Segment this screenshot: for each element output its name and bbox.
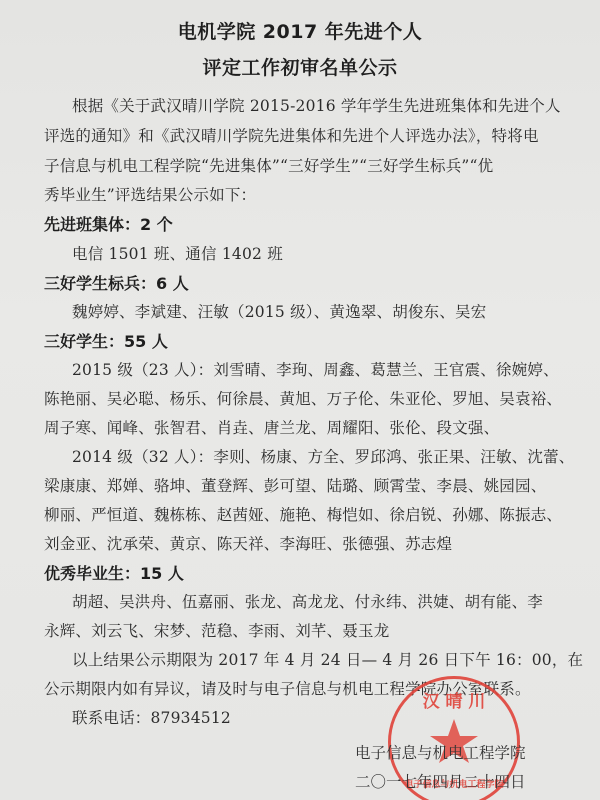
intro-line-1: 根据《关于武汉晴川学院 2015-2016 学年学生先进班集体和先进个人 — [72, 94, 561, 116]
document-title-line2: 评定工作初审名单公示 — [0, 53, 600, 80]
signature-date: 二〇一七年四月二十四日 — [355, 770, 526, 792]
intro-line-3: 子信息与机电工程学院“先进集体”“三好学生”“三好学生标兵”“优 — [44, 154, 493, 176]
section-heading-merit-students: 三好学生：55 人 — [44, 329, 168, 352]
graduates-line-1: 胡超、吴洪舟、伍嘉丽、张龙、高龙龙、付永纬、洪婕、胡有能、李 — [72, 590, 543, 612]
section-heading-outstanding-graduates: 优秀毕业生：15 人 — [44, 561, 184, 584]
contact-phone: 联系电话：87934512 — [72, 706, 231, 728]
signature-organization: 电子信息与机电工程学院 — [355, 741, 526, 763]
advanced-class-list: 电信 1501 班、通信 1402 班 — [72, 242, 283, 264]
merit-2014-line-3: 柳丽、严恒道、魏栋栋、赵茜娅、施艳、梅恺如、徐启锐、孙娜、陈振志、 — [44, 503, 562, 525]
merit-2015-line-1: 2015 级（23 人）：刘雪晴、李珣、周鑫、葛慧兰、王官震、徐婉婷、 — [72, 358, 559, 380]
model-students-list: 魏婷婷、李斌建、汪敏（2015 级）、黄逸翠、胡俊东、吴宏 — [72, 300, 486, 322]
merit-2014-line-1: 2014 级（32 人）：李则、杨康、方全、罗邱鸿、张正果、汪敏、沈蕾、 — [72, 445, 574, 467]
merit-2015-line-2: 陈艳丽、吴必聪、杨乐、何徐晨、黄旭、万子伦、朱亚伦、罗旭、吴袁裕、 — [44, 387, 562, 409]
notice-line-1: 以上结果公示期限为 2017 年 4 月 24 日— 4 月 26 日下午 16… — [72, 648, 583, 670]
merit-2014-line-4: 刘金亚、沈承荣、黄京、陈天祥、李海旺、张德强、苏志煌 — [44, 532, 452, 554]
merit-2014-line-2: 梁康康、郑婵、骆坤、董登辉、彭可望、陆璐、顾霄莹、李晨、姚园园、 — [44, 474, 546, 496]
notice-document: 电机学院 2017 年先进个人 评定工作初审名单公示 根据《关于武汉晴川学院 2… — [0, 0, 600, 800]
intro-line-4: 秀毕业生”评选结果公示如下： — [44, 183, 256, 205]
intro-line-2: 评选的通知》和《武汉晴川学院先进集体和先进个人评选办法》，特将电 — [44, 124, 539, 146]
seal-top-text: 汉 晴 川 — [423, 691, 486, 712]
section-heading-advanced-class: 先进班集体：2 个 — [44, 212, 173, 235]
merit-2015-line-3: 周子寒、闻峰、张智君、肖垚、唐兰龙、周耀阳、张伦、段文强、 — [44, 416, 499, 438]
graduates-line-2: 永辉、刘云飞、宋梦、范稳、李雨、刘芊、聂玉龙 — [44, 619, 389, 641]
document-title-line1: 电机学院 2017 年先进个人 — [0, 17, 600, 44]
section-heading-model-students: 三好学生标兵：6 人 — [44, 271, 189, 294]
